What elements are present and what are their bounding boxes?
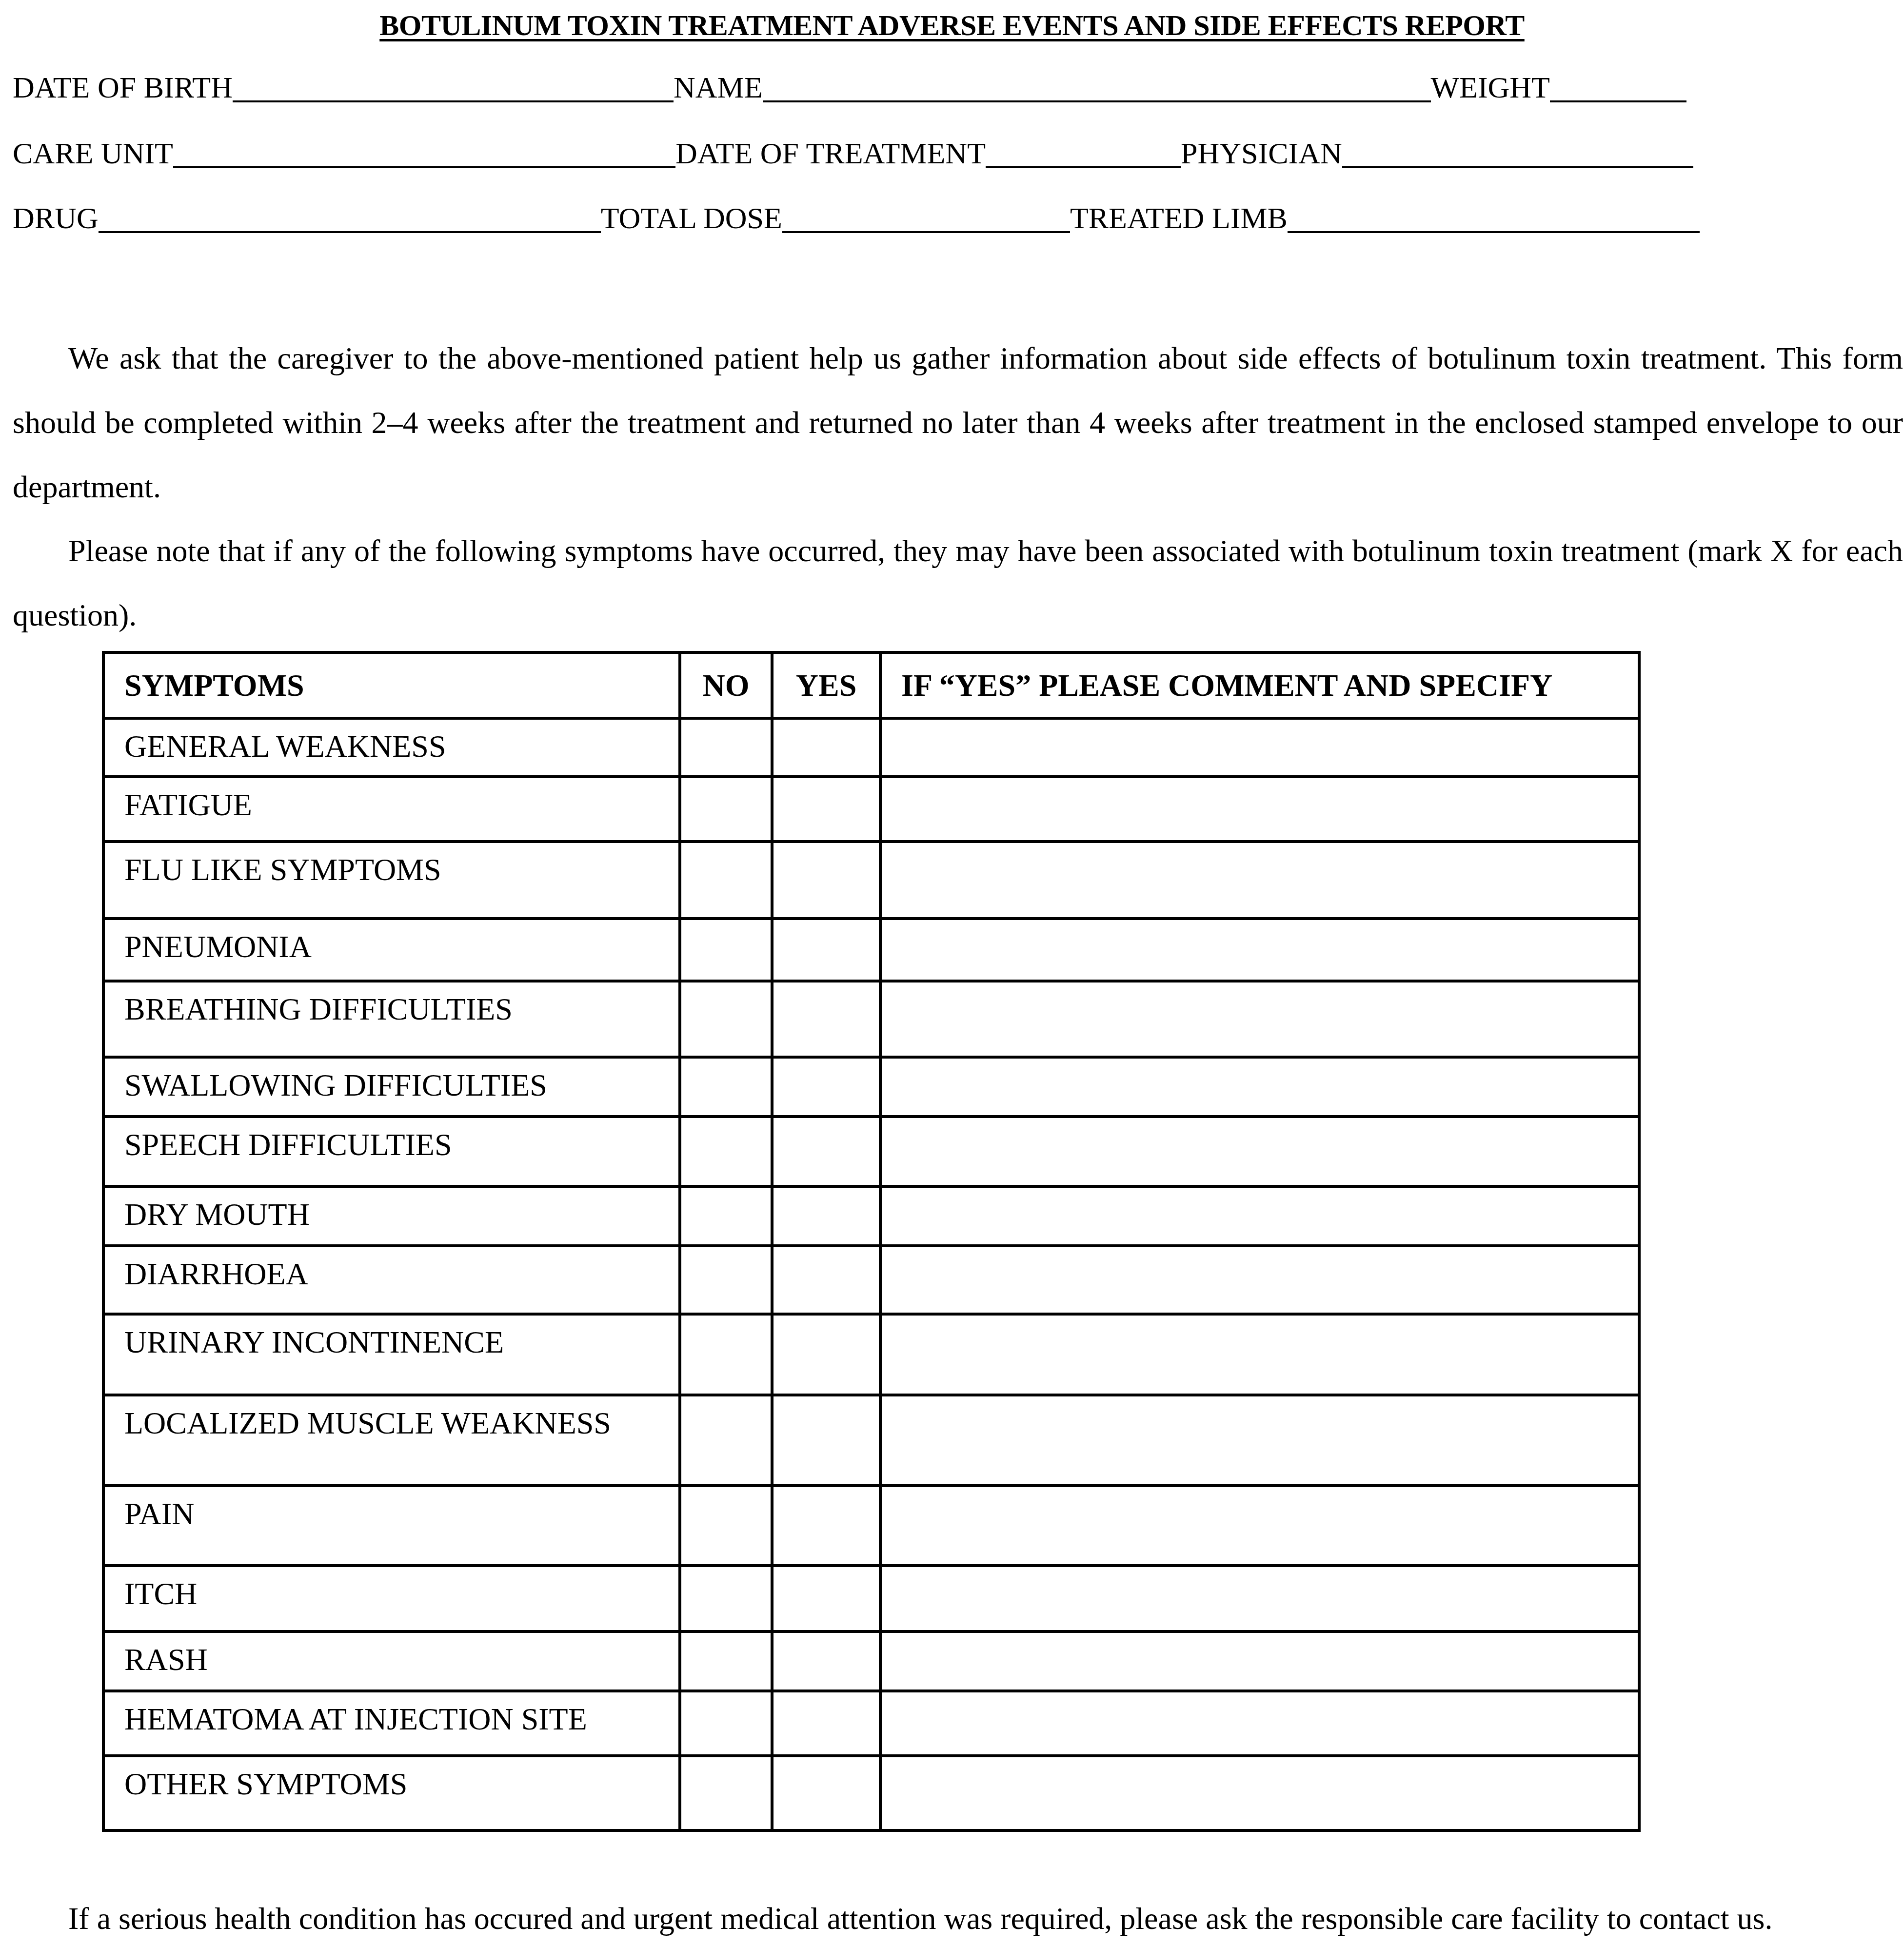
yes-checkbox-cell[interactable] <box>772 1395 880 1486</box>
field-row-drug: DRUG TOTAL DOSE TREATED LIMB <box>13 199 1700 238</box>
comment-cell[interactable] <box>880 1756 1639 1830</box>
comment-cell[interactable] <box>880 1246 1639 1314</box>
no-checkbox-cell[interactable] <box>680 1246 772 1314</box>
yes-checkbox-cell[interactable] <box>772 1691 880 1756</box>
care-unit-field[interactable] <box>173 135 675 168</box>
no-checkbox-cell[interactable] <box>680 1486 772 1566</box>
comment-cell[interactable] <box>880 718 1639 777</box>
no-checkbox-cell[interactable] <box>680 777 772 842</box>
yes-checkbox-cell[interactable] <box>772 1117 880 1186</box>
yes-checkbox-cell[interactable] <box>772 842 880 919</box>
yes-checkbox-cell[interactable] <box>772 777 880 842</box>
comment-cell[interactable] <box>880 1486 1639 1566</box>
treated-limb-field[interactable] <box>1288 200 1700 233</box>
no-checkbox-cell[interactable] <box>680 1186 772 1246</box>
symptom-label: PNEUMONIA <box>103 919 680 981</box>
table-row: FLU LIKE SYMPTOMS <box>103 842 1639 919</box>
drug-field[interactable] <box>99 200 601 233</box>
table-row: RASH <box>103 1631 1639 1691</box>
table-row: PNEUMONIA <box>103 919 1639 981</box>
comment-cell[interactable] <box>880 1566 1639 1631</box>
header-yes: YES <box>772 652 880 718</box>
comment-cell[interactable] <box>880 777 1639 842</box>
no-checkbox-cell[interactable] <box>680 1314 772 1395</box>
table-row: URINARY INCONTINENCE <box>103 1314 1639 1395</box>
date-of-birth-field[interactable] <box>233 69 674 102</box>
no-checkbox-cell[interactable] <box>680 1631 772 1691</box>
yes-checkbox-cell[interactable] <box>772 1246 880 1314</box>
symptom-label: PAIN <box>103 1486 680 1566</box>
yes-checkbox-cell[interactable] <box>772 1057 880 1117</box>
no-checkbox-cell[interactable] <box>680 1566 772 1631</box>
care-unit-label: CARE UNIT <box>13 134 173 173</box>
symptom-label: RASH <box>103 1631 680 1691</box>
document-title: BOTULINUM TOXIN TREATMENT ADVERSE EVENTS… <box>0 7 1904 44</box>
name-field[interactable] <box>763 69 1431 102</box>
header-comment: IF “YES” PLEASE COMMENT AND SPECIFY <box>880 652 1639 718</box>
symptom-label: HEMATOMA AT INJECTION SITE <box>103 1691 680 1756</box>
table-header-row: SYMPTOMS NO YES IF “YES” PLEASE COMMENT … <box>103 652 1639 718</box>
yes-checkbox-cell[interactable] <box>772 981 880 1057</box>
total-dose-field[interactable] <box>782 200 1070 233</box>
symptom-label: SPEECH DIFFICULTIES <box>103 1117 680 1186</box>
symptom-label: GENERAL WEAKNESS <box>103 718 680 777</box>
comment-cell[interactable] <box>880 1631 1639 1691</box>
no-checkbox-cell[interactable] <box>680 1057 772 1117</box>
comment-cell[interactable] <box>880 981 1639 1057</box>
comment-cell[interactable] <box>880 1057 1639 1117</box>
table-row: HEMATOMA AT INJECTION SITE <box>103 1691 1639 1756</box>
yes-checkbox-cell[interactable] <box>772 1631 880 1691</box>
no-checkbox-cell[interactable] <box>680 842 772 919</box>
yes-checkbox-cell[interactable] <box>772 1486 880 1566</box>
table-row: BREATHING DIFFICULTIES <box>103 981 1639 1057</box>
symptom-label: OTHER SYMPTOMS <box>103 1756 680 1830</box>
yes-checkbox-cell[interactable] <box>772 718 880 777</box>
header-symptoms: SYMPTOMS <box>103 652 680 718</box>
comment-cell[interactable] <box>880 1314 1639 1395</box>
comment-cell[interactable] <box>880 919 1639 981</box>
symptom-label: DIARRHOEA <box>103 1246 680 1314</box>
date-of-treatment-field[interactable] <box>986 135 1181 168</box>
footer-note: If a serious health condition has occure… <box>68 1899 1772 1938</box>
weight-field[interactable] <box>1550 69 1686 102</box>
weight-label: WEIGHT <box>1431 68 1550 107</box>
table-row: DRY MOUTH <box>103 1186 1639 1246</box>
drug-label: DRUG <box>13 199 99 238</box>
physician-field[interactable] <box>1342 135 1693 168</box>
yes-checkbox-cell[interactable] <box>772 1756 880 1830</box>
table-row: LOCALIZED MUSCLE WEAKNESS <box>103 1395 1639 1486</box>
table-row: OTHER SYMPTOMS <box>103 1756 1639 1830</box>
table-row: SWALLOWING DIFFICULTIES <box>103 1057 1639 1117</box>
no-checkbox-cell[interactable] <box>680 718 772 777</box>
symptoms-note-paragraph: Please note that if any of the following… <box>13 519 1903 648</box>
comment-cell[interactable] <box>880 1395 1639 1486</box>
table-row: ITCH <box>103 1566 1639 1631</box>
table-row: SPEECH DIFFICULTIES <box>103 1117 1639 1186</box>
field-row-patient: DATE OF BIRTH NAME WEIGHT <box>13 68 1686 107</box>
no-checkbox-cell[interactable] <box>680 1395 772 1486</box>
header-no: NO <box>680 652 772 718</box>
symptom-label: LOCALIZED MUSCLE WEAKNESS <box>103 1395 680 1486</box>
yes-checkbox-cell[interactable] <box>772 1186 880 1246</box>
symptom-label: FLU LIKE SYMPTOMS <box>103 842 680 919</box>
comment-cell[interactable] <box>880 842 1639 919</box>
symptom-label: DRY MOUTH <box>103 1186 680 1246</box>
table-row: GENERAL WEAKNESS <box>103 718 1639 777</box>
name-label: NAME <box>674 68 763 107</box>
yes-checkbox-cell[interactable] <box>772 919 880 981</box>
table-row: FATIGUE <box>103 777 1639 842</box>
symptom-label: URINARY INCONTINENCE <box>103 1314 680 1395</box>
total-dose-label: TOTAL DOSE <box>601 199 782 238</box>
symptom-label: SWALLOWING DIFFICULTIES <box>103 1057 680 1117</box>
symptoms-table: SYMPTOMS NO YES IF “YES” PLEASE COMMENT … <box>102 651 1641 1832</box>
comment-cell[interactable] <box>880 1117 1639 1186</box>
no-checkbox-cell[interactable] <box>680 981 772 1057</box>
no-checkbox-cell[interactable] <box>680 1117 772 1186</box>
treated-limb-label: TREATED LIMB <box>1070 199 1288 238</box>
yes-checkbox-cell[interactable] <box>772 1314 880 1395</box>
symptom-label: FATIGUE <box>103 777 680 842</box>
table-row: PAIN <box>103 1486 1639 1566</box>
physician-label: PHYSICIAN <box>1181 134 1342 173</box>
no-checkbox-cell[interactable] <box>680 919 772 981</box>
instructions-paragraph: We ask that the caregiver to the above-m… <box>13 326 1903 519</box>
symptom-label: BREATHING DIFFICULTIES <box>103 981 680 1057</box>
table-row: DIARRHOEA <box>103 1246 1639 1314</box>
no-checkbox-cell[interactable] <box>680 1756 772 1830</box>
field-row-treatment: CARE UNIT DATE OF TREATMENT PHYSICIAN <box>13 134 1693 173</box>
comment-cell[interactable] <box>880 1186 1639 1246</box>
date-of-treatment-label: DATE OF TREATMENT <box>675 134 986 173</box>
comment-cell[interactable] <box>880 1691 1639 1756</box>
yes-checkbox-cell[interactable] <box>772 1566 880 1631</box>
symptom-label: ITCH <box>103 1566 680 1631</box>
symptom-rows: GENERAL WEAKNESSFATIGUEFLU LIKE SYMPTOMS… <box>103 718 1639 1830</box>
title-text: BOTULINUM TOXIN TREATMENT ADVERSE EVENTS… <box>379 9 1525 41</box>
date-of-birth-label: DATE OF BIRTH <box>13 68 233 107</box>
no-checkbox-cell[interactable] <box>680 1691 772 1756</box>
